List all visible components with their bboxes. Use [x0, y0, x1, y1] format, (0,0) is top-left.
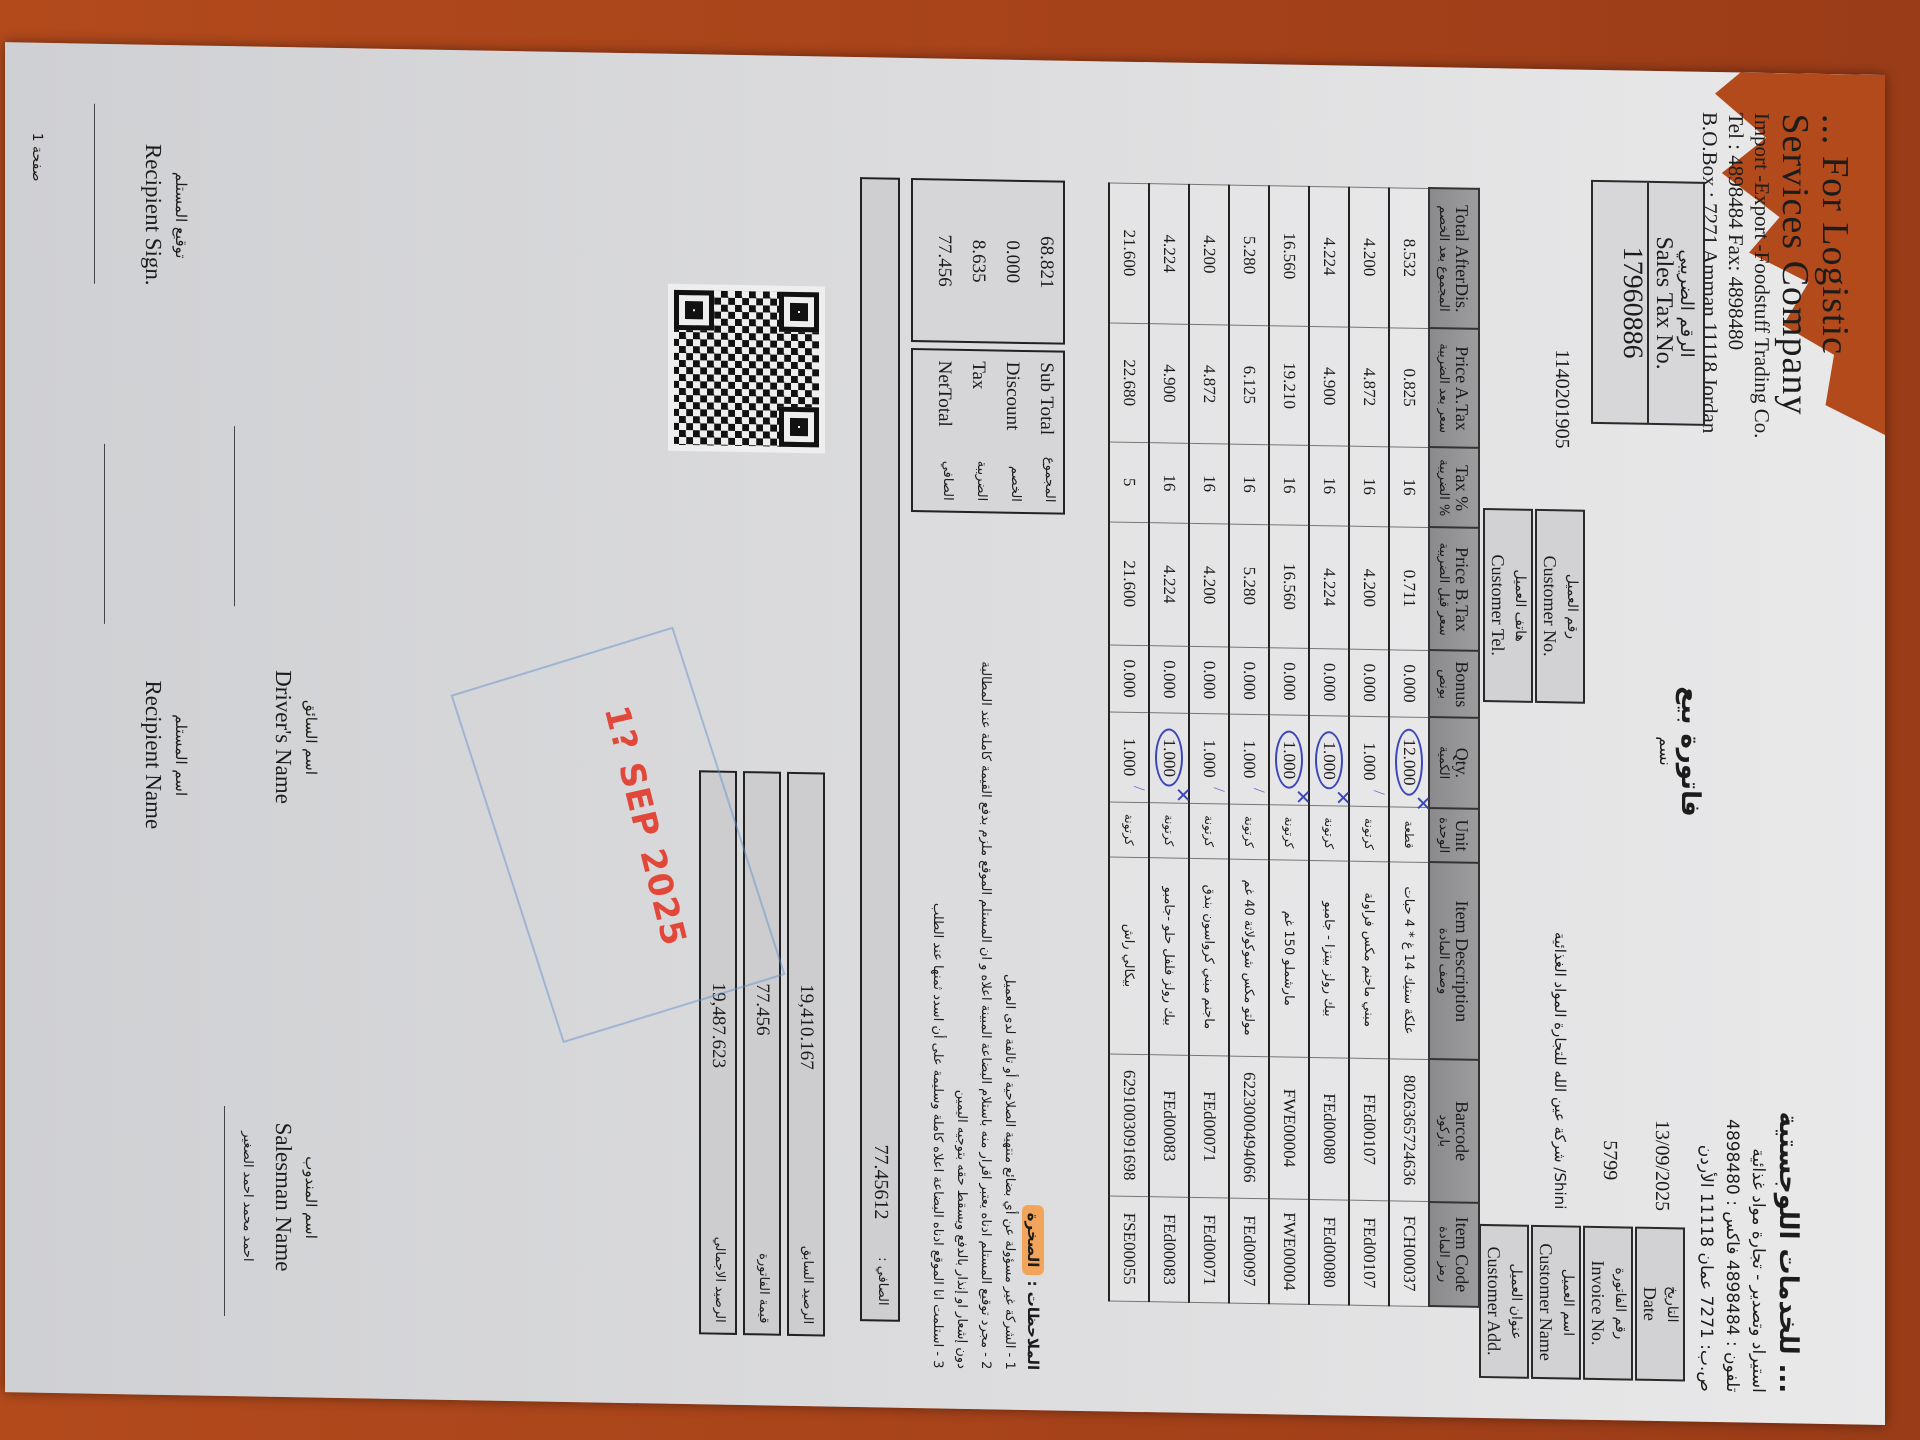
cell-price_b_tax: 4.224 — [1149, 523, 1189, 647]
cell-qty: 1.000 — [1149, 712, 1189, 803]
cell-price_a_tax: 4.900 — [1149, 324, 1189, 444]
cell-total: 4.200 — [1349, 187, 1389, 328]
cell-code: FEd00097 — [1229, 1198, 1269, 1303]
customer-no-value: 1140201905 — [1550, 349, 1573, 449]
salesman-name-value: احمد محمد احمد الصغير — [233, 1066, 261, 1326]
cell-price_a_tax: 6.125 — [1229, 325, 1269, 445]
table-row: 21.60022.680521.6000.0001.000كرتونةبيكال… — [1109, 182, 1149, 1301]
company-name-en-1: ... For Logistic — [1815, 114, 1855, 635]
cell-bonus: 0.000 — [1269, 648, 1309, 715]
note-1: 1 - الشركة غير مسؤولة عن أي بضائع منتهية… — [997, 649, 1021, 1369]
cell-unit: كرتونة — [1309, 805, 1349, 861]
document-title: فاتورة بيع نسم — [1656, 671, 1705, 832]
tax-value: 8.635 — [961, 181, 995, 342]
cell-code: FEd00083 — [1149, 1197, 1189, 1302]
cell-price_b_tax: 16.560 — [1269, 525, 1309, 649]
customer-name-label: اسم العميل Customer Name — [1531, 1225, 1581, 1380]
cell-price_b_tax: 5.280 — [1229, 524, 1269, 648]
company-activity-ar: استيراد وتصدير - تجارة مواد غذائية — [1745, 873, 1771, 1393]
cell-desc: مولتو مكس شوكولاتة 40 غم — [1229, 859, 1269, 1057]
cell-desc: علكة ستيك 14 غ * 4 حبات — [1389, 862, 1429, 1060]
cell-tax_pct: 16 — [1309, 445, 1349, 526]
cell-desc: بيكالي راش — [1109, 857, 1149, 1055]
cell-code: FEd00071 — [1189, 1198, 1229, 1303]
cell-tax_pct: 16 — [1269, 445, 1309, 526]
invoice-no-value: 5799 — [1598, 1140, 1621, 1180]
company-phone-ar: تلفون : 4898484 فاكس : 4898480 — [1719, 872, 1745, 1392]
cell-barcode: FEd00107 — [1349, 1058, 1389, 1201]
cell-code: FCH00037 — [1389, 1201, 1429, 1306]
cell-unit: كرتونة — [1189, 803, 1229, 859]
column-header: Item Descriptionوصف المادة — [1429, 862, 1479, 1060]
table-row: 4.2004.872164.2000.0001.000كرتونةمبني ما… — [1349, 187, 1389, 1306]
cell-total: 4.224 — [1309, 186, 1349, 327]
notes-highlight: الصخرة — [1022, 1205, 1044, 1276]
cell-price_b_tax: 4.200 — [1349, 526, 1389, 650]
cell-bonus: 0.000 — [1229, 647, 1269, 714]
table-row: 4.2244.900164.2240.0001.000كرتونةبيك رول… — [1309, 186, 1349, 1305]
company-header-en-block: ... For Logistic Services Company Import… — [1697, 112, 1855, 635]
customer-no-label: رقم العميل Customer No. — [1535, 509, 1585, 704]
cell-tax_pct: 16 — [1349, 446, 1389, 527]
recipient-sign-label: توقيع المستلم Recipient Sign. — [139, 85, 195, 346]
cell-bonus: 0.000 — [1309, 648, 1349, 715]
cell-bonus: 0.000 — [1389, 650, 1429, 717]
cell-price_a_tax: 22.680 — [1109, 323, 1149, 443]
company-phone-en: Tel : 4898484 Fax: 4898480 — [1723, 112, 1749, 632]
cell-price_a_tax: 4.872 — [1189, 324, 1229, 444]
balance-row: الرصيد السابق19,410.167 — [787, 772, 825, 1337]
table-row: 4.2004.872164.2000.0001.000كرتونةماجنم م… — [1189, 184, 1229, 1303]
column-header: Tax %% الضريبة — [1429, 448, 1479, 529]
qr-code — [668, 284, 825, 454]
cell-barcode: FEd00071 — [1189, 1055, 1229, 1198]
table-row: 4.2244.900164.2240.0001.000كرتونةبيك رول… — [1149, 183, 1189, 1302]
subtotal-value: 68.821 — [1029, 182, 1063, 343]
cell-code: FEd00080 — [1309, 1200, 1349, 1305]
cell-total: 8.532 — [1389, 187, 1429, 328]
cell-barcode: FWE00004 — [1269, 1056, 1309, 1199]
note-3: 3 - استلمت انا الموقع ادناه البضاعة اعلا… — [925, 648, 949, 1368]
driver-label: اسم السائق Driver's Name — [269, 607, 325, 868]
table-row: 8.5320.825160.7110.00012.000قطعةعلكة ستي… — [1389, 187, 1429, 1306]
recipient-name-label: اسم المستلم Recipient Name — [139, 625, 195, 886]
column-header: Bonusبونص — [1429, 650, 1479, 718]
cell-price_b_tax: 4.224 — [1309, 525, 1349, 649]
cell-barcode: FEd00080 — [1309, 1057, 1349, 1200]
company-address-ar: ص.ب: 7271 عمان 11118 الأردن — [1693, 872, 1719, 1392]
sales-tax-box: الرقم الضريبي Sales Tax No. 17960886 — [1591, 180, 1705, 426]
cell-price_a_tax: 4.900 — [1309, 326, 1349, 446]
company-activity-en: Import -Export -Foodstuff Trading Co. — [1749, 113, 1775, 633]
cell-qty: 1.000 — [1229, 714, 1269, 805]
column-header: Qty.الكمية — [1429, 717, 1479, 808]
net-total-value: 77.456 — [927, 180, 961, 341]
cell-price_b_tax: 0.711 — [1389, 527, 1429, 651]
company-name-en-2: Services Company — [1775, 113, 1815, 634]
cell-price_a_tax: 19.210 — [1269, 326, 1309, 446]
cell-qty: 1.000 — [1349, 716, 1389, 807]
cell-total: 21.600 — [1109, 182, 1149, 323]
cell-qty: 1.000 — [1189, 713, 1229, 804]
totals-values-box: 68.821 0.000 8.635 77.456 — [911, 178, 1065, 345]
customer-name-value: Shini/ شركة عين الله للتجارة المواد الغذ… — [1551, 932, 1569, 1210]
cell-bonus: 0.000 — [1109, 645, 1149, 712]
invoice-no-label: رقم الفاتورة Invoice No. — [1583, 1226, 1633, 1381]
cell-qty: 12.000 — [1389, 717, 1429, 808]
cell-code: FEd00107 — [1349, 1200, 1389, 1305]
recipient-sign-line — [94, 104, 95, 284]
cell-qty: 1.000 — [1309, 715, 1349, 806]
cell-bonus: 0.000 — [1349, 649, 1389, 716]
cell-tax_pct: 16 — [1389, 447, 1429, 528]
company-name-ar: ... للخدمات اللوجستية — [1771, 873, 1805, 1394]
cell-desc: ماجنم مبني كرواسون بندق — [1189, 858, 1229, 1056]
cell-qty: 1.000 — [1269, 714, 1309, 805]
net-in-words-bar: الصافي : 77.45612 — [860, 177, 900, 1322]
cell-total: 4.200 — [1189, 184, 1229, 325]
cell-desc: مبني ماجنم مكس فراولة — [1349, 861, 1389, 1059]
salesman-label: اسم المندوب Salesman Name احمد محمد احمد… — [233, 1066, 325, 1328]
cell-barcode: 6223000494066 — [1229, 1056, 1269, 1199]
cell-tax_pct: 16 — [1229, 444, 1269, 525]
cell-total: 16.560 — [1269, 185, 1309, 326]
notes-section: الملاحظات : الصخرة 1 - الشركة غير مسؤولة… — [925, 648, 1045, 1370]
cell-price_b_tax: 4.200 — [1189, 523, 1229, 647]
cell-bonus: 0.000 — [1189, 646, 1229, 713]
blue-stamp — [450, 627, 785, 1044]
cell-unit: قطعة — [1389, 807, 1429, 863]
cell-price_b_tax: 21.600 — [1109, 522, 1149, 646]
cell-desc: مارشملو 150 غم — [1269, 860, 1309, 1058]
invoice-paper: ... للخدمات اللوجستية استيراد وتصدير - ت… — [5, 42, 1885, 1425]
note-2: 2 - مجرد توقيع المستلم ادناه يعتبر اقرار… — [949, 649, 997, 1370]
cell-desc: بيك رولز فلفل حلو -جامبو — [1149, 857, 1189, 1055]
page-footer: صفحة 1 — [29, 133, 45, 182]
items-table-header: Total AfterDis.المجموع بعد الخصمPrice A.… — [1429, 188, 1479, 1307]
net-in-words-value: 77.45612 — [869, 1144, 892, 1219]
items-table: Total AfterDis.المجموع بعد الخصمPrice A.… — [1108, 181, 1480, 1307]
cell-unit: كرتونة — [1229, 804, 1269, 860]
cell-bonus: 0.000 — [1149, 646, 1189, 713]
cell-tax_pct: 5 — [1109, 442, 1149, 523]
customer-add-label: عنوان العميل Customer Add. — [1479, 1224, 1529, 1379]
driver-sign-line — [234, 426, 235, 606]
column-header: Price A.Taxسعر بعد الضريبة — [1429, 328, 1479, 448]
cell-total: 5.280 — [1229, 185, 1269, 326]
cell-code: FWE00004 — [1269, 1199, 1309, 1304]
discount-value: 0.000 — [995, 181, 1029, 342]
totals-labels-box: Sub Totalالمجموع Discountالخصم Taxالضريب… — [911, 348, 1065, 515]
balance-row: قيمة الفاتورة77.456 — [743, 771, 781, 1336]
table-row: 16.56019.2101616.5600.0001.000كرتونةمارش… — [1269, 185, 1309, 1304]
date-label: التاريخ Date — [1635, 1227, 1685, 1382]
salesman-sign-line — [224, 1106, 225, 1316]
column-header: Total AfterDis.المجموع بعد الخصم — [1429, 188, 1479, 329]
cell-code: FSE00055 — [1109, 1196, 1149, 1301]
cell-barcode: FEd00083 — [1149, 1054, 1189, 1197]
cell-tax_pct: 16 — [1149, 443, 1189, 524]
cell-barcode: 8026365724636 — [1389, 1059, 1429, 1202]
recipient-name-line — [104, 444, 105, 624]
column-header: Unitالوحدة — [1429, 808, 1479, 864]
table-row: 5.2806.125165.2800.0001.000كرتونةمولتو م… — [1229, 185, 1269, 1304]
date-value: 13/09/2025 — [1650, 1120, 1673, 1212]
sales-tax-number: 17960886 — [1621, 182, 1649, 422]
cell-tax_pct: 16 — [1189, 443, 1229, 524]
cell-desc: بيك رولز بيتزا - جامبو — [1309, 860, 1349, 1058]
cell-unit: كرتونة — [1349, 806, 1389, 862]
company-header-ar: ... للخدمات اللوجستية استيراد وتصدير - ت… — [1693, 872, 1805, 1394]
cell-qty: 1.000 — [1109, 712, 1149, 803]
cell-price_a_tax: 0.825 — [1389, 328, 1429, 448]
customer-tel-label: هاتف العميل Customer Tel. — [1483, 508, 1533, 703]
cell-unit: كرتونة — [1269, 805, 1309, 861]
cell-unit: كرتونة — [1149, 803, 1189, 859]
column-header: Barcodeباركود — [1429, 1059, 1479, 1202]
cell-total: 4.224 — [1149, 183, 1189, 324]
cell-price_a_tax: 4.872 — [1349, 327, 1389, 447]
column-header: Item Codeرمز المادة — [1429, 1202, 1479, 1307]
cell-barcode: 6291003091698 — [1109, 1054, 1149, 1197]
cell-unit: كرتونة — [1109, 802, 1149, 858]
column-header: Price B.Taxسعر قبل الضريبة — [1429, 527, 1479, 651]
